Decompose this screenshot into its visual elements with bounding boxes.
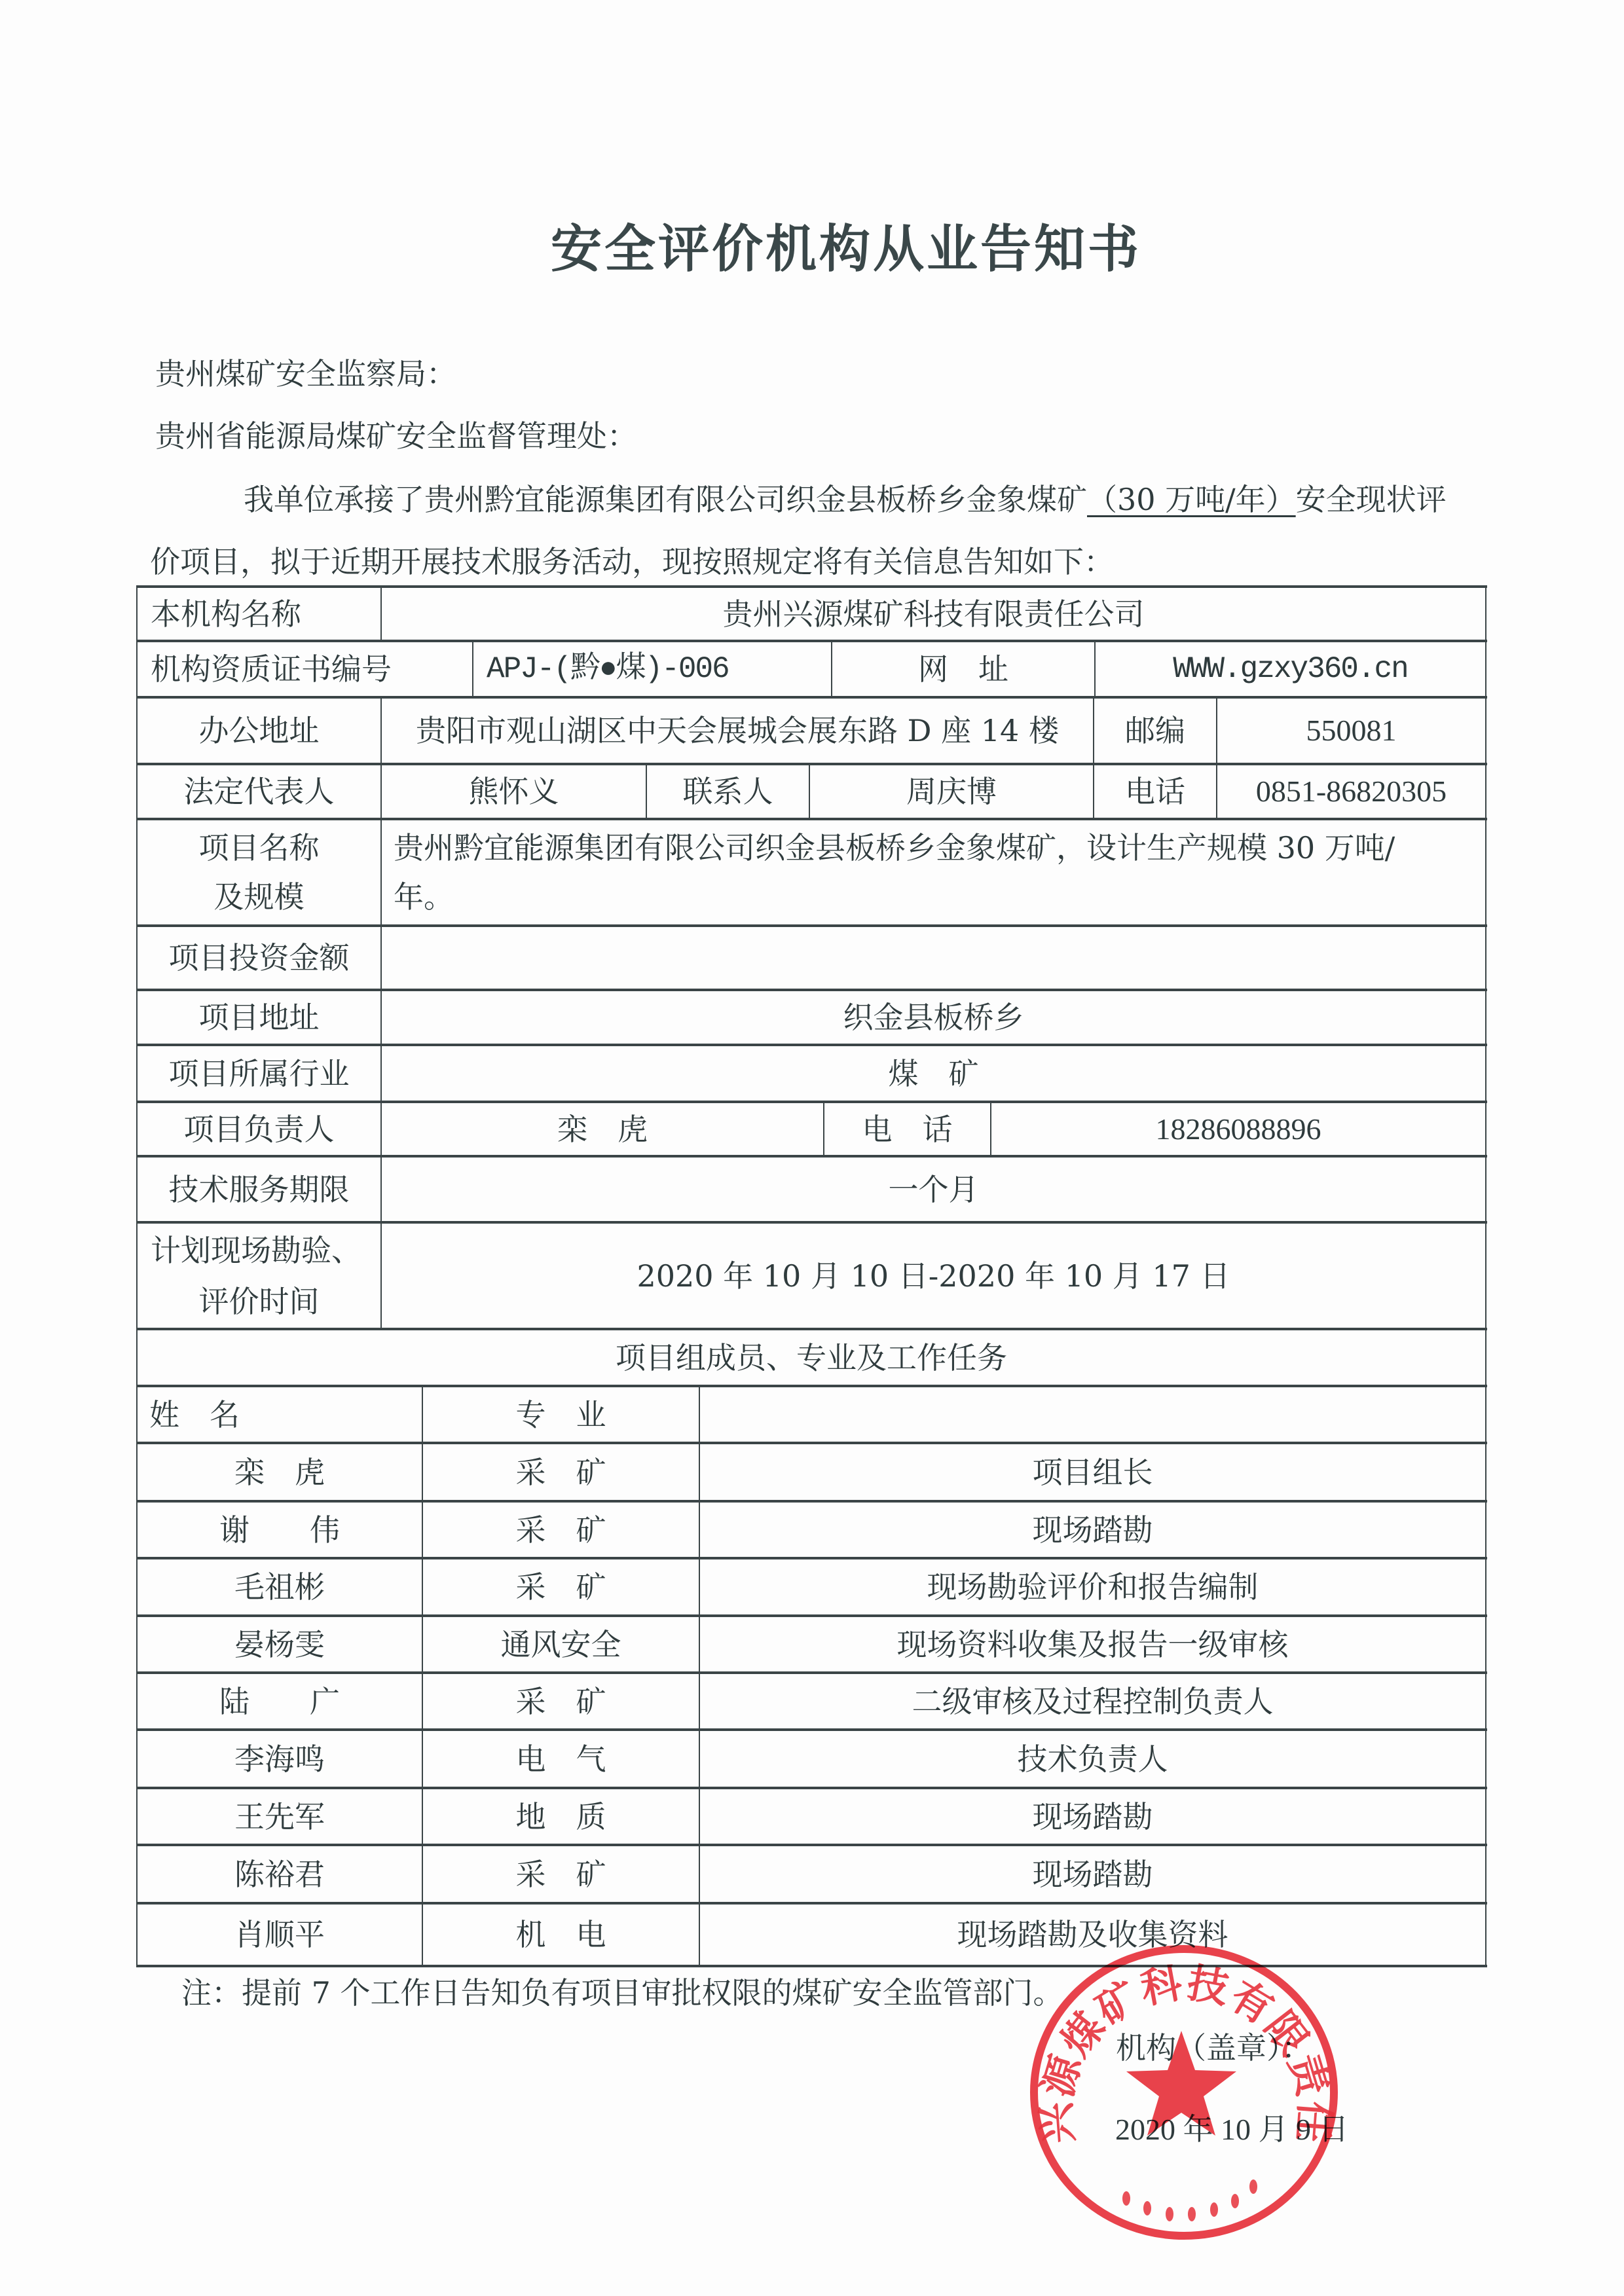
intro-line-1: 我单位承接了贵州黔宜能源集团有限公司织金县板桥乡金象煤矿（30 万吨/年）安全现… [244, 481, 1447, 518]
member-task: 现场资料收集及报告一级审核 [700, 1617, 1485, 1671]
member-name: 肖顺平 [138, 1904, 422, 1965]
member-major: 采 矿 [423, 1503, 699, 1557]
member-name: 陈裕君 [138, 1846, 422, 1902]
member-major: 采 矿 [423, 1444, 699, 1500]
member-task: 现场踏勘 [700, 1503, 1485, 1557]
team-section-title: 项目组成员、专业及工作任务 [138, 1330, 1485, 1385]
team-header-major: 专 业 [423, 1387, 699, 1442]
salutation-1: 贵州煤矿安全监察局： [155, 355, 456, 392]
member-major: 电 气 [423, 1731, 699, 1787]
intro-capacity-underlined: （30 万吨/年） [1087, 482, 1296, 517]
project-name-label-line-1: 项目名称 [199, 824, 320, 873]
member-major: 采 矿 [423, 1674, 699, 1728]
member-task: 现场踏勘 [700, 1846, 1485, 1902]
project-lead-label: 项目负责人 [138, 1103, 380, 1155]
lead-phone-value: 18286088896 [991, 1103, 1485, 1155]
schedule-value: 2020 年 10 月 10 日-2020 年 10 月 17 日 [382, 1224, 1485, 1328]
cert-no-value: APJ-(黔●煤)-006 [473, 642, 831, 696]
office-address-label: 办公地址 [138, 699, 380, 763]
project-address-value: 织金县板桥乡 [382, 991, 1485, 1044]
signature-date: 2020 年 10 月 9 日 [1115, 2105, 1349, 2149]
project-name-line-2: 年。 [394, 873, 454, 922]
footnote: 注：提前 7 个工作日告知负有项目审批权限的煤矿安全监管部门。 [181, 1969, 1063, 2013]
member-task: 现场勘验评价和报告编制 [700, 1559, 1485, 1614]
member-name: 谢 伟 [138, 1503, 422, 1557]
member-name: 晏杨雯 [138, 1617, 422, 1671]
member-task: 现场踏勘 [700, 1789, 1485, 1844]
org-name-label: 本机构名称 [138, 588, 380, 640]
website-label: 网 址 [832, 642, 1094, 696]
project-name-value: 贵州黔宜能源集团有限公司织金县板桥乡金象煤矿，设计生产规模 30 万吨/ 年。 [382, 820, 1485, 924]
phone-label: 电话 [1094, 765, 1216, 818]
postcode-label: 邮编 [1094, 699, 1216, 763]
notice-document: 安全评价机构从业告知书 贵州煤矿安全监察局： 贵州省能源局煤矿安全监督管理处： … [0, 0, 1624, 2296]
member-name: 陆 广 [138, 1674, 422, 1728]
industry-value: 煤 矿 [382, 1046, 1485, 1101]
lead-phone-label: 电 话 [824, 1103, 990, 1155]
project-address-label: 项目地址 [138, 991, 380, 1044]
intro-text-before: 我单位承接了贵州黔宜能源集团有限公司织金县板桥乡金象煤矿 [244, 482, 1087, 517]
member-major: 机 电 [423, 1904, 699, 1965]
team-header-task [700, 1387, 1485, 1442]
member-name: 李海鸣 [138, 1731, 422, 1787]
member-major: 通风安全 [423, 1617, 699, 1671]
service-period-label: 技术服务期限 [138, 1157, 380, 1221]
member-task: 项目组长 [700, 1444, 1485, 1500]
document-title: 安全评价机构从业告知书 [0, 208, 1624, 282]
official-seal: 贵州兴源煤矿科技有限责任公司 [1028, 1943, 1340, 2242]
member-major: 采 矿 [423, 1846, 699, 1902]
cert-no-label: 机构资质证书编号 [138, 642, 472, 696]
member-task: 现场踏勘及收集资料 [700, 1904, 1485, 1965]
project-name-label: 项目名称 及规模 [138, 820, 380, 924]
member-task: 技术负责人 [700, 1731, 1485, 1787]
team-header-name: 姓 名 [138, 1387, 422, 1442]
member-major: 地 质 [423, 1789, 699, 1844]
website-value: WWW.gzxy360.cn [1096, 642, 1485, 696]
intro-text-after: 安全现状评 [1296, 482, 1447, 517]
investment-value [382, 927, 1485, 989]
project-lead-value: 栾 虎 [382, 1103, 823, 1155]
postcode-value: 550081 [1217, 699, 1485, 763]
intro-line-2: 价项目，拟于近期开展技术服务活动，现按照规定将有关信息告知如下： [150, 543, 1114, 580]
project-name-line-1: 贵州黔宜能源集团有限公司织金县板桥乡金象煤矿，设计生产规模 30 万吨/ [394, 824, 1395, 873]
member-major: 采 矿 [423, 1559, 699, 1614]
org-name-value: 贵州兴源煤矿科技有限责任公司 [382, 588, 1485, 640]
member-name: 毛祖彬 [138, 1559, 422, 1614]
salutation-2: 贵州省能源局煤矿安全监督管理处： [155, 418, 637, 454]
member-name: 栾 虎 [138, 1444, 422, 1500]
service-period-value: 一个月 [382, 1157, 1485, 1221]
industry-label: 项目所属行业 [138, 1046, 380, 1101]
contact-label: 联系人 [647, 765, 809, 818]
phone-value: 0851-86820305 [1217, 765, 1485, 818]
investment-label: 项目投资金额 [138, 927, 380, 989]
schedule-label: 计划现场勘验、 评价时间 [138, 1224, 380, 1328]
legal-rep-value: 熊怀义 [382, 765, 646, 818]
office-address-value: 贵阳市观山湖区中天会展城会展东路 D 座 14 楼 [382, 699, 1093, 763]
signature-label: 机构（盖章）： [1116, 2024, 1312, 2068]
member-name: 王先军 [138, 1789, 422, 1844]
project-name-label-line-2: 及规模 [214, 873, 304, 922]
legal-rep-label: 法定代表人 [138, 765, 380, 818]
contact-value: 周庆博 [810, 765, 1093, 818]
schedule-label-line-1: 计划现场勘验、 [138, 1225, 361, 1276]
schedule-label-line-2: 评价时间 [199, 1276, 320, 1327]
member-task: 二级审核及过程控制负责人 [700, 1674, 1485, 1728]
